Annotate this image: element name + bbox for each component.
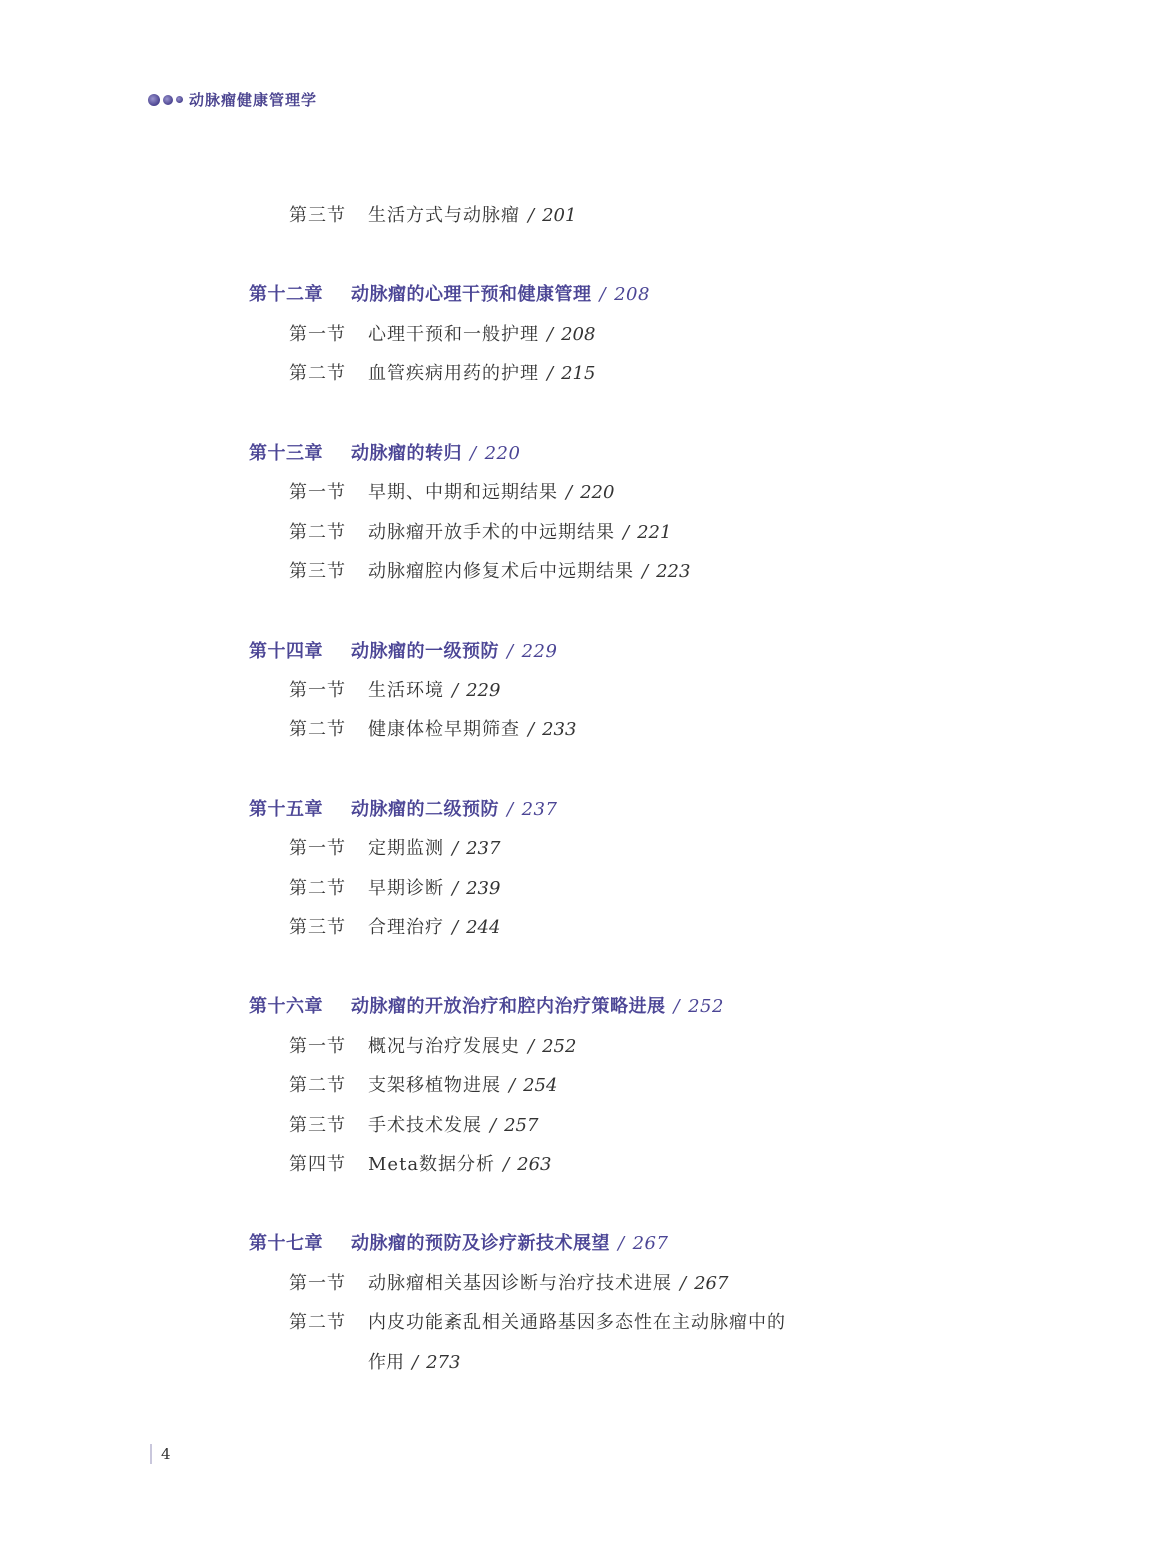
toc-chapter[interactable]: 第十五章动脉瘤的二级预防/237 xyxy=(249,795,557,821)
section-number: 第一节 xyxy=(289,478,368,504)
section-number: 第三节 xyxy=(289,201,368,227)
section-number: 第四节 xyxy=(289,1150,368,1176)
toc-section[interactable]: 第三节动脉瘤腔内修复术后中远期结果/223 xyxy=(289,557,690,583)
toc-section[interactable]: 第三节手术技术发展/257 xyxy=(289,1111,538,1137)
toc-section[interactable]: 第一节生活环境/229 xyxy=(289,676,500,702)
toc-section[interactable]: 第二节内皮功能紊乱相关通路基因多态性在主动脉瘤中的 xyxy=(289,1308,786,1334)
page-ref: 254 xyxy=(523,1075,557,1096)
page-ref: 273 xyxy=(426,1352,460,1373)
section-title: 合理治疗 xyxy=(368,917,444,938)
toc-chapter[interactable]: 第十三章动脉瘤的转归/220 xyxy=(249,439,520,465)
page-ref: 208 xyxy=(614,284,650,305)
page-ref: 257 xyxy=(504,1115,538,1136)
toc-section[interactable]: 第四节Meta数据分析/263 xyxy=(289,1150,552,1176)
chapter-number: 第十三章 xyxy=(249,439,351,465)
toc-chapter[interactable]: 第十二章动脉瘤的心理干预和健康管理/208 xyxy=(249,280,650,306)
section-title: 早期诊断 xyxy=(368,878,444,899)
page-ref: 229 xyxy=(466,680,500,701)
toc-chapter[interactable]: 第十四章动脉瘤的一级预防/229 xyxy=(249,637,557,663)
page-footer: 4 xyxy=(150,1444,171,1464)
page-ref: 220 xyxy=(580,482,614,503)
toc-section[interactable]: 第二节动脉瘤开放手术的中远期结果/221 xyxy=(289,518,671,544)
section-number: 第三节 xyxy=(289,913,368,939)
book-title: 动脉瘤健康管理学 xyxy=(189,89,317,110)
page-ref: 237 xyxy=(466,838,500,859)
section-number: 第二节 xyxy=(289,715,368,741)
toc-section[interactable]: 第二节支架移植物进展/254 xyxy=(289,1071,557,1097)
chapter-title: 动脉瘤的心理干预和健康管理 xyxy=(351,284,592,305)
section-title: 生活环境 xyxy=(368,680,444,701)
chapter-number: 第十五章 xyxy=(249,795,351,821)
section-title: 手术技术发展 xyxy=(368,1115,482,1136)
section-number: 第二节 xyxy=(289,1308,368,1334)
section-number: 第二节 xyxy=(289,1071,368,1097)
page-ref: 208 xyxy=(561,324,595,345)
section-number: 第二节 xyxy=(289,359,368,385)
section-title: 早期、中期和远期结果 xyxy=(368,482,558,503)
page-ref: 229 xyxy=(522,641,558,662)
page-ref: 267 xyxy=(633,1233,669,1254)
page-number: 4 xyxy=(161,1445,171,1463)
chapter-number: 第十七章 xyxy=(249,1229,351,1255)
section-number: 第一节 xyxy=(289,1032,368,1058)
page-ref: 223 xyxy=(656,561,690,582)
section-number: 第一节 xyxy=(289,320,368,346)
section-title: 健康体检早期筛查 xyxy=(368,719,520,740)
section-number: 第三节 xyxy=(289,1111,368,1137)
page-ref: 267 xyxy=(694,1273,728,1294)
toc-chapter[interactable]: 第十六章动脉瘤的开放治疗和腔内治疗策略进展/252 xyxy=(249,992,724,1018)
chapter-title: 动脉瘤的一级预防 xyxy=(351,641,499,662)
section-title: 概况与治疗发展史 xyxy=(368,1036,520,1057)
toc-section[interactable]: 第二节健康体检早期筛查/233 xyxy=(289,715,576,741)
section-number: 第一节 xyxy=(289,834,368,860)
section-number: 第二节 xyxy=(289,874,368,900)
toc-section[interactable]: 第一节定期监测/237 xyxy=(289,834,500,860)
section-title-continued: 作用 xyxy=(368,1352,404,1373)
section-title: 动脉瘤开放手术的中远期结果 xyxy=(368,522,615,543)
toc-section[interactable]: 第三节合理治疗/244 xyxy=(289,913,500,939)
chapter-title: 动脉瘤的预防及诊疗新技术展望 xyxy=(351,1233,610,1254)
page-ref: 263 xyxy=(517,1154,551,1175)
page-ref: 215 xyxy=(561,363,595,384)
page-ref: 239 xyxy=(466,878,500,899)
section-number: 第一节 xyxy=(289,1269,368,1295)
toc-section[interactable]: 第三节生活方式与动脉瘤/201 xyxy=(289,201,576,227)
chapter-title: 动脉瘤的二级预防 xyxy=(351,799,499,820)
section-title: 内皮功能紊乱相关通路基因多态性在主动脉瘤中的 xyxy=(368,1312,786,1333)
chapter-title: 动脉瘤的开放治疗和腔内治疗策略进展 xyxy=(351,996,666,1017)
page-ref: 244 xyxy=(466,917,500,938)
toc-section[interactable]: 第一节概况与治疗发展史/252 xyxy=(289,1032,576,1058)
three-dots-icon xyxy=(148,94,183,106)
toc-section[interactable]: 第一节动脉瘤相关基因诊断与治疗技术进展/267 xyxy=(289,1269,728,1295)
section-number: 第三节 xyxy=(289,557,368,583)
toc-section[interactable]: 第二节早期诊断/239 xyxy=(289,874,500,900)
page-ref: 201 xyxy=(542,205,576,226)
section-title: 动脉瘤相关基因诊断与治疗技术进展 xyxy=(368,1273,672,1294)
page-ref: 252 xyxy=(542,1036,576,1057)
page-ref: 237 xyxy=(522,799,558,820)
section-title: 动脉瘤腔内修复术后中远期结果 xyxy=(368,561,634,582)
section-title: 生活方式与动脉瘤 xyxy=(368,205,520,226)
chapter-number: 第十四章 xyxy=(249,637,351,663)
page-ref: 221 xyxy=(637,522,671,543)
section-title: 心理干预和一般护理 xyxy=(368,324,539,345)
page-ref: 233 xyxy=(542,719,576,740)
toc-section[interactable]: 第一节心理干预和一般护理/208 xyxy=(289,320,595,346)
section-number: 第二节 xyxy=(289,518,368,544)
chapter-title: 动脉瘤的转归 xyxy=(351,443,462,464)
chapter-number: 第十六章 xyxy=(249,992,351,1018)
toc-chapter[interactable]: 第十七章动脉瘤的预防及诊疗新技术展望/267 xyxy=(249,1229,668,1255)
section-title: Meta数据分析 xyxy=(368,1154,495,1175)
toc-section[interactable]: 第一节早期、中期和远期结果/220 xyxy=(289,478,614,504)
section-title: 支架移植物进展 xyxy=(368,1075,501,1096)
chapter-number: 第十二章 xyxy=(249,280,351,306)
section-number: 第一节 xyxy=(289,676,368,702)
toc-section[interactable]: 第二节血管疾病用药的护理/215 xyxy=(289,359,595,385)
footer-divider xyxy=(150,1444,152,1464)
page-ref: 220 xyxy=(485,443,521,464)
running-header: 动脉瘤健康管理学 xyxy=(148,89,317,110)
section-title: 定期监测 xyxy=(368,838,444,859)
section-title: 血管疾病用药的护理 xyxy=(368,363,539,384)
toc-section-continued[interactable]: 作用/273 xyxy=(368,1348,460,1374)
page-ref: 252 xyxy=(688,996,724,1017)
